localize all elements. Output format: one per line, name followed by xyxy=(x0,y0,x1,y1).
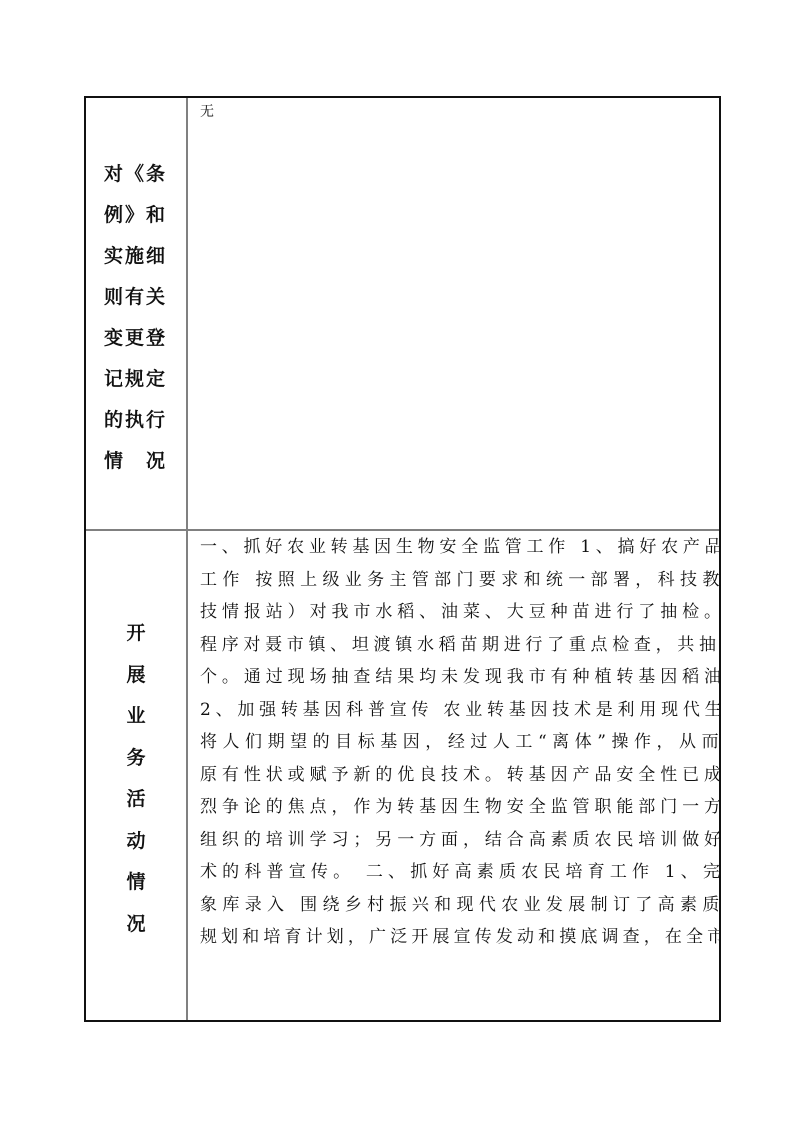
text-line: 工作 按照上级业务主管部门要求和统一部署，科技教育股（科 xyxy=(200,564,719,597)
row-label-char: 展 xyxy=(86,655,186,697)
report-table: 对《条 例》和 实施细 则有关 变更登 记规定 的执行 情 况 无 开 展 业 … xyxy=(84,96,721,1022)
label-cell-business-activities: 开 展 业 务 活 动 情 况 xyxy=(86,531,188,1020)
row-label-line: 则有关 xyxy=(104,277,176,318)
cell-content-text: 无 xyxy=(200,102,214,122)
text-line: 规划和培育计划，广泛开展宣传发动和摸底调查，在全市各镇（街 xyxy=(200,921,719,954)
text-line: 技情报站）对我市水稻、油菜、大豆种苗进行了抽检。按照法定 xyxy=(200,596,719,629)
row-label-line: 实施细 xyxy=(104,236,176,277)
activity-report-text: 一、抓好农业转基因生物安全监管工作 1、搞好农产品苗期抽检 工作 按照上级业务主… xyxy=(200,531,719,954)
row-label-char: 务 xyxy=(86,738,186,780)
row-label-line: 的执行 xyxy=(104,400,176,441)
row-label-line: 情 况 xyxy=(104,441,176,482)
text-line: 个。通过现场抽查结果均未发现我市有种植转基因稻油农作物。 xyxy=(200,661,719,694)
content-cell-business-activities: 一、抓好农业转基因生物安全监管工作 1、搞好农产品苗期抽检 工作 按照上级业务主… xyxy=(188,531,719,1020)
row-label-char: 动 xyxy=(86,821,186,863)
text-line: 程序对聂市镇、坦渡镇水稻苗期进行了重点检查，共抽检样品30 xyxy=(200,629,719,662)
text-line: 原有性状或赋予新的优良技术。转基因产品安全性已成为社会激 xyxy=(200,759,719,792)
text-line: 一、抓好农业转基因生物安全监管工作 1、搞好农产品苗期抽检 xyxy=(200,531,719,564)
text-line: 将人们期望的目标基因，经过人工“离体”操作，从而改善生物 xyxy=(200,726,719,759)
row-label-line: 变更登 xyxy=(104,318,176,359)
row-label-char: 况 xyxy=(86,904,186,946)
text-line: 烈争论的焦点，作为转基因生物安全监管职能部门一方面参加市 xyxy=(200,791,719,824)
text-line: 2、加强转基因科普宣传 农业转基因技术是利用现代生物技术， xyxy=(200,694,719,727)
text-line: 象库录入 围绕乡村振兴和现代农业发展制订了高素质农民发展 xyxy=(200,889,719,922)
row-label-line: 对《条 xyxy=(104,154,176,195)
text-line: 术的科普宣传。 二、抓好高素质农民培育工作 1、完成培训对 xyxy=(200,856,719,889)
row-label-line: 记规定 xyxy=(104,359,176,400)
row-label-line: 例》和 xyxy=(104,195,176,236)
content-cell-regulation-compliance: 无 xyxy=(188,98,719,529)
table-row-regulation-compliance: 对《条 例》和 实施细 则有关 变更登 记规定 的执行 情 况 无 xyxy=(86,98,719,531)
text-line: 组织的培训学习；另一方面，结合高素质农民培训做好转基因技 xyxy=(200,824,719,857)
row-label-char: 活 xyxy=(86,779,186,821)
row-label-char: 情 xyxy=(86,862,186,904)
row-label-char: 开 xyxy=(86,613,186,655)
row-label: 开 展 业 务 活 动 情 况 xyxy=(86,613,186,945)
row-label-char: 业 xyxy=(86,696,186,738)
row-label: 对《条 例》和 实施细 则有关 变更登 记规定 的执行 情 况 xyxy=(104,154,176,482)
table-row-business-activities: 开 展 业 务 活 动 情 况 一、抓好农业转基因生物安全监管工作 1、搞好农产… xyxy=(86,531,719,1020)
label-cell-regulation-compliance: 对《条 例》和 实施细 则有关 变更登 记规定 的执行 情 况 xyxy=(86,98,188,529)
